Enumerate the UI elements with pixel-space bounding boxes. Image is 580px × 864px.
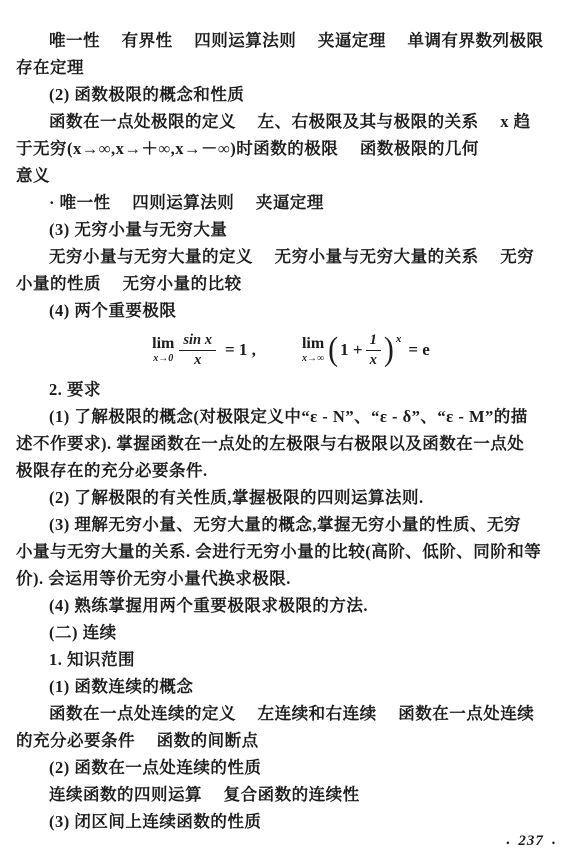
fraction: 1 x [366, 332, 381, 368]
text-line: 函数在一点处连续的定义 左连续和右连续 函数在一点处连续 [16, 700, 566, 727]
fraction: sin x x [179, 332, 216, 368]
exponent: x [396, 333, 402, 345]
text-line: (1) 函数连续的概念 [16, 673, 566, 700]
lim-subscript: x→∞ [302, 354, 324, 364]
text-line: (3) 闭区间上连续函数的性质 [16, 808, 566, 835]
text-line: 唯一性 有界性 四则运算法则 夹逼定理 单调有界数列极限 [16, 27, 566, 54]
lim-operator: lim x→0 [152, 336, 174, 364]
fraction-numerator: sin x [179, 332, 216, 351]
text-line: 价). 会运用等价无穷小量代换求极限. [16, 565, 566, 592]
page-number-right-dot: • [552, 838, 556, 848]
text-line: (2) 函数极限的概念和性质 [16, 81, 566, 108]
lim-word: lim [152, 336, 174, 353]
text-line: (4) 两个重要极限 [16, 297, 566, 324]
text-line: (2) 了解极限的有关性质,掌握极限的四则运算法则. [16, 484, 566, 511]
important-limits-formula-row: lim x→0 sin x x = 1 , lim x→∞ ( 1 + 1 [16, 325, 566, 375]
one-plus-term: 1 + [340, 340, 362, 360]
text-line: 于无穷(x→∞,x→＋∞,x→－∞)时函数的极限 函数极限的几何 [16, 135, 566, 162]
page-number-value: 237 [518, 833, 544, 850]
formula-sinx-over-x-limit: lim x→0 sin x x = 1 , [152, 332, 256, 368]
text-line: 函数在一点处极限的定义 左、右极限及其与极限的关系 x 趋 [16, 108, 566, 135]
text-line: 1. 知识范围 [16, 646, 566, 673]
text-line: · 唯一性 四则运算法则 夹逼定理 [16, 189, 566, 216]
lim-word: lim [302, 336, 324, 353]
left-paren: ( [328, 333, 338, 367]
text-line: (4) 熟练掌握用两个重要极限求极限的方法. [16, 592, 566, 619]
text-block-limits-knowledge: 唯一性 有界性 四则运算法则 夹逼定理 单调有界数列极限存在定理(2) 函数极限… [16, 27, 566, 324]
lim-operator: lim x→∞ [302, 336, 324, 364]
text-line: (1) 了解极限的概念(对极限定义中“ε - N”、“ε - δ”、“ε - M… [16, 403, 566, 430]
text-line: (二) 连续 [16, 619, 566, 646]
text-line: (3) 理解无穷小量、无穷大量的概念,掌握无穷小量的性质、无穷 [16, 511, 566, 538]
text-block-requirements-continuity: 2. 要求(1) 了解极限的概念(对极限定义中“ε - N”、“ε - δ”、“… [16, 376, 566, 835]
lim-subscript: x→0 [153, 354, 173, 364]
page-number: • 237 • [506, 833, 556, 850]
text-line: 意义 [16, 162, 566, 189]
formula-e-limit: lim x→∞ ( 1 + 1 x ) x = e [302, 332, 430, 368]
page-content: 唯一性 有界性 四则运算法则 夹逼定理 单调有界数列极限存在定理(2) 函数极限… [0, 0, 580, 835]
text-line: 小量的性质 无穷小量的比较 [16, 270, 566, 297]
text-line: 存在定理 [16, 54, 566, 81]
text-line: 2. 要求 [16, 376, 566, 403]
scanned-document-page: 唯一性 有界性 四则运算法则 夹逼定理 单调有界数列极限存在定理(2) 函数极限… [0, 0, 580, 864]
formula-result: = e [408, 340, 429, 360]
text-line: 无穷小量与无穷大量的定义 无穷小量与无穷大量的关系 无穷 [16, 243, 566, 270]
fraction-denominator: x [194, 351, 201, 369]
formula-result: = 1 , [225, 340, 256, 360]
fraction-denominator: x [370, 351, 377, 369]
text-line: (3) 无穷小量与无穷大量 [16, 216, 566, 243]
page-number-left-dot: • [506, 838, 510, 848]
text-line: 的充分必要条件 函数的间断点 [16, 727, 566, 754]
text-line: 连续函数的四则运算 复合函数的连续性 [16, 781, 566, 808]
text-line: (2) 函数在一点处连续的性质 [16, 754, 566, 781]
fraction-numerator: 1 [366, 332, 381, 351]
text-line: 极限存在的充分必要条件. [16, 457, 566, 484]
text-line: 述不作要求). 掌握函数在一点处的左极限与右极限以及函数在一点处 [16, 430, 566, 457]
right-paren: ) [384, 333, 394, 367]
text-line: 小量与无穷大量的关系. 会进行无穷小量的比较(高阶、低阶、同阶和等 [16, 538, 566, 565]
